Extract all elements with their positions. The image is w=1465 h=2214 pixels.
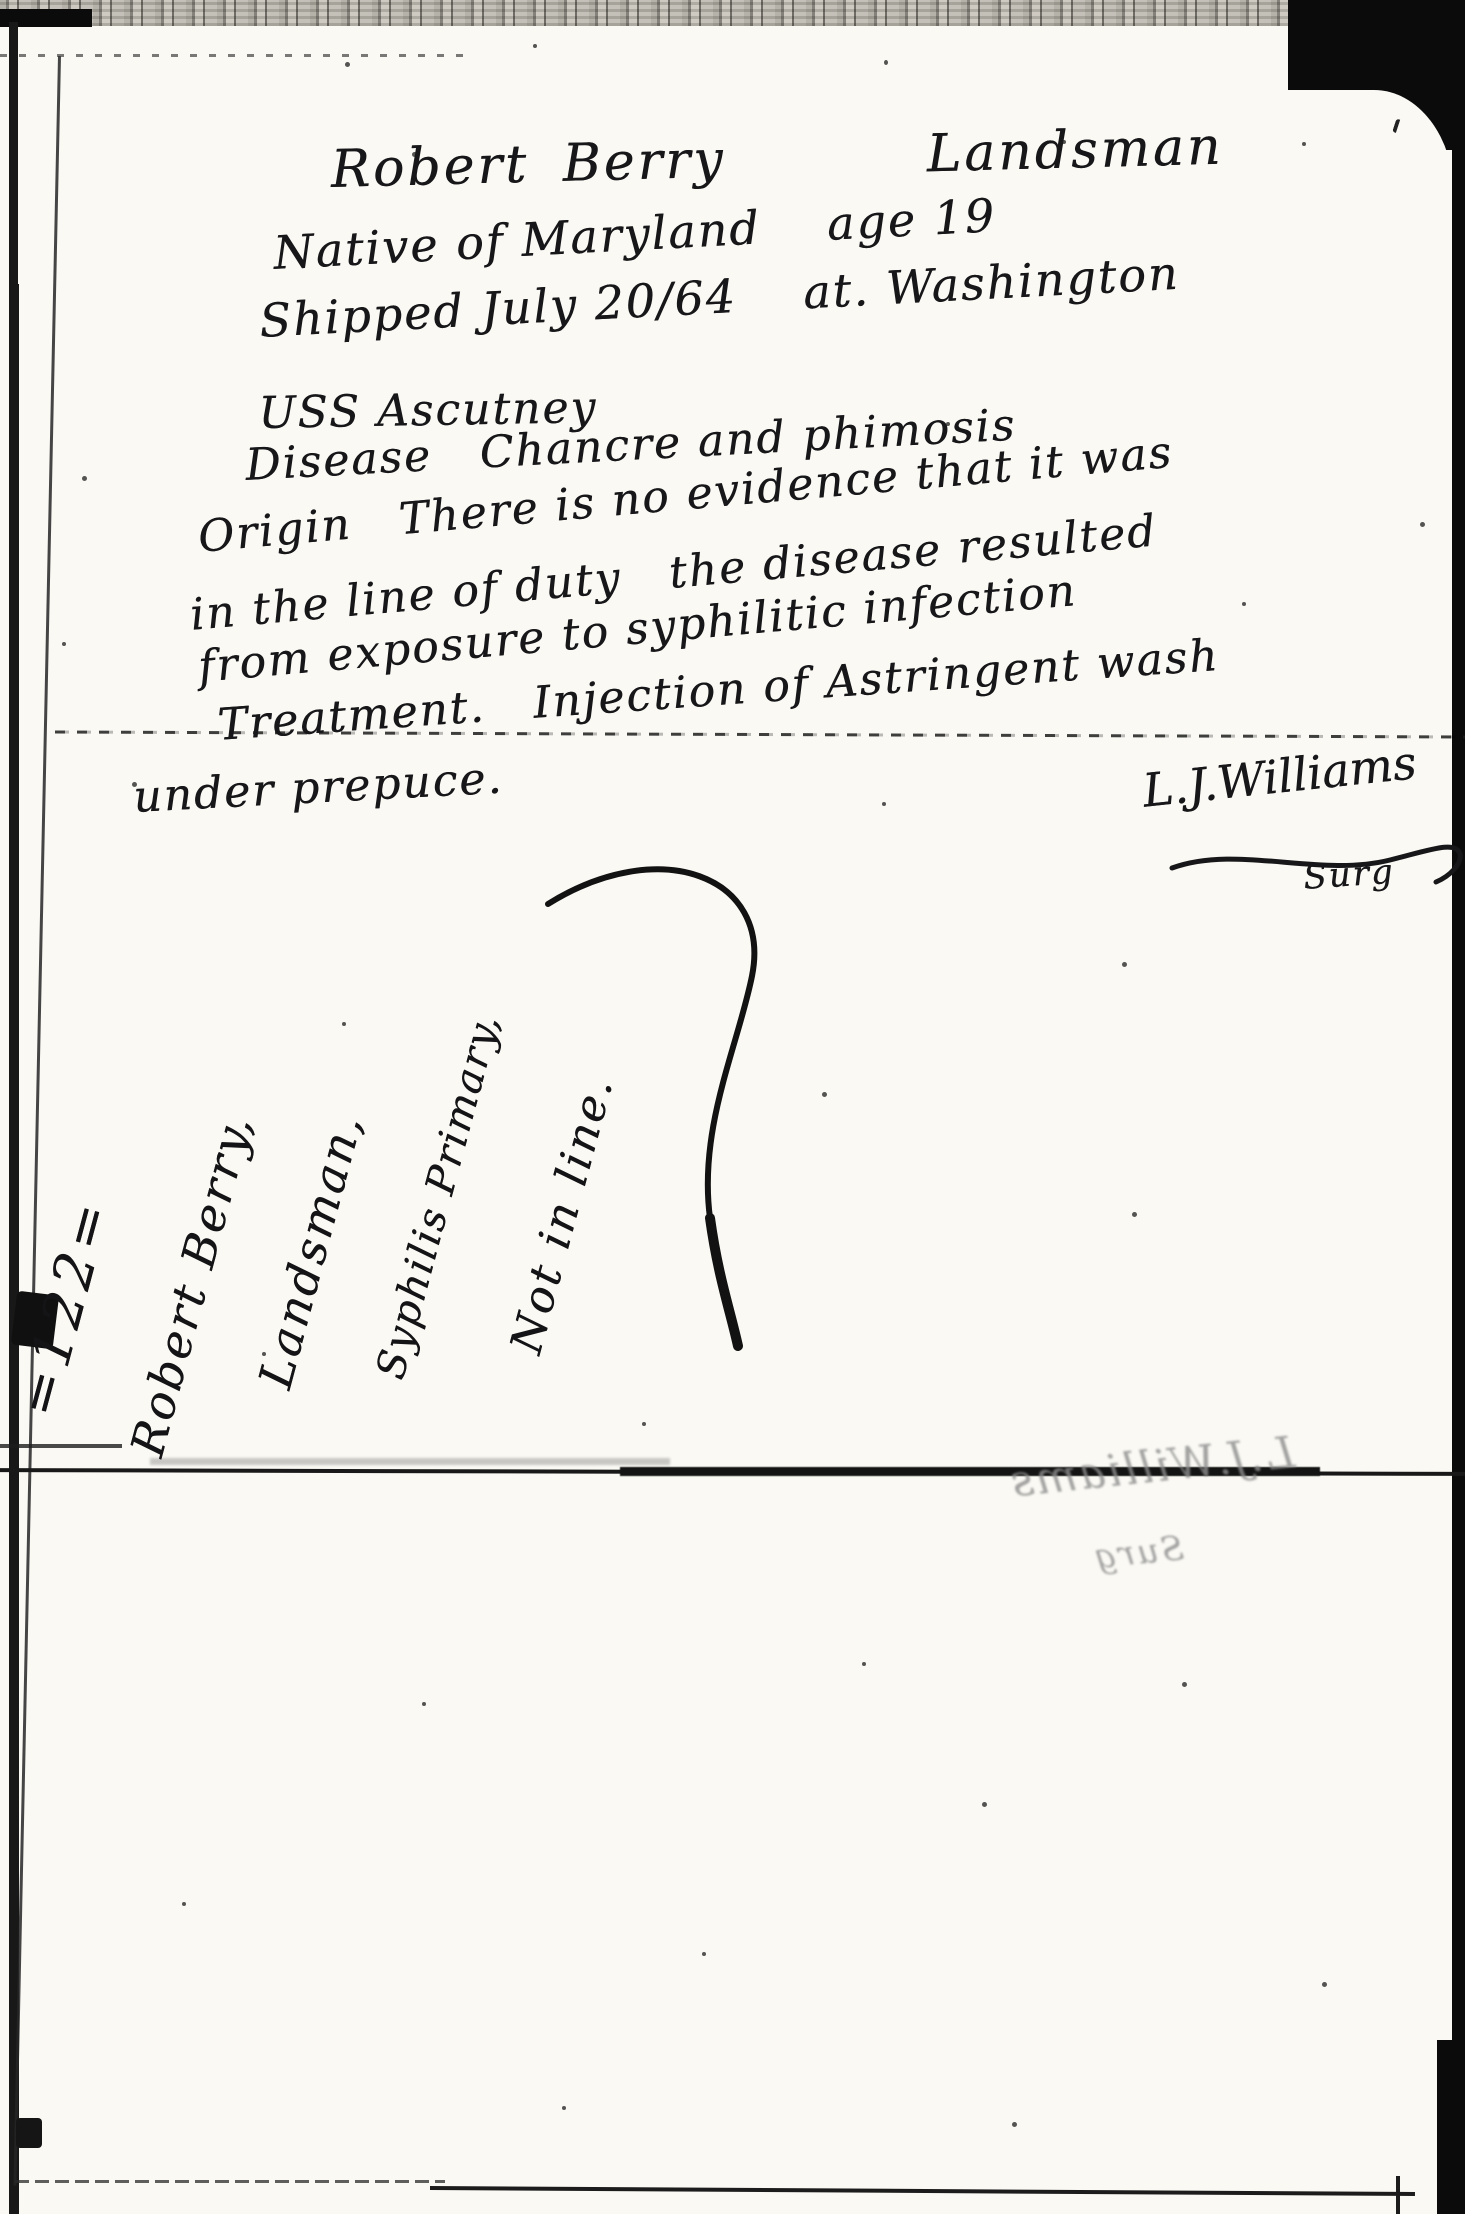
surgeon-rank: Surg bbox=[1302, 852, 1396, 898]
annotation-rating: Landsman, bbox=[248, 1107, 373, 1394]
line-treatment-2: under prepuce. bbox=[132, 753, 504, 823]
left-margin-line bbox=[13, 56, 61, 2186]
annotation-name: Robert Berry, bbox=[120, 1107, 263, 1462]
line-name-and-rating: Robert Berry Landsman bbox=[330, 117, 1224, 200]
left-binding-line bbox=[9, 22, 18, 2214]
bottom-rule-left bbox=[15, 2180, 445, 2183]
scan-edge-right-bottom bbox=[1437, 2040, 1465, 2214]
left-margin-jog bbox=[0, 1444, 122, 1448]
bottom-rule-right bbox=[430, 2186, 1415, 2196]
annotation-diagnosis: Syphilis Primary, bbox=[368, 1008, 510, 1384]
bleedthrough-signature: L.J.Williams Surg bbox=[731, 1389, 1309, 1651]
scanned-document-page: Robert Berry Landsman Native of Maryland… bbox=[0, 0, 1465, 2214]
ink-blot-left-bottom bbox=[16, 2118, 42, 2148]
dotted-rule-top bbox=[0, 54, 470, 57]
scan-edge-top bbox=[0, 0, 1465, 26]
fold-smudge bbox=[150, 1458, 670, 1465]
surgeon-signature: L.J.Williams bbox=[1140, 735, 1419, 817]
bottom-rule-tick bbox=[1396, 2176, 1400, 2214]
bleedthrough-line-1: L.J.Williams bbox=[735, 1427, 1297, 1536]
bleedthrough-line-2: Surg bbox=[744, 1528, 1186, 1614]
annotation-brace bbox=[490, 848, 810, 1368]
scan-edge-right bbox=[1452, 0, 1465, 2214]
